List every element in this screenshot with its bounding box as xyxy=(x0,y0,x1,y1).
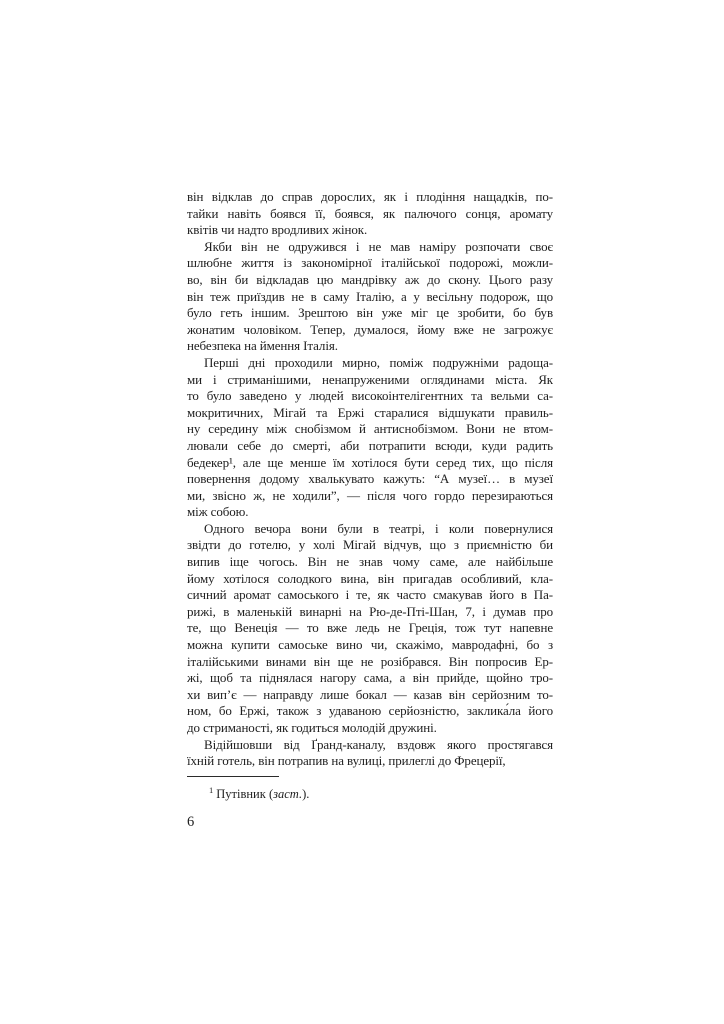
paragraph: Якби він не одружився і не мав наміру ро… xyxy=(187,239,553,355)
text-line: між собою. xyxy=(187,504,553,521)
text-line: мокритичних, Мігай та Ержі старалися від… xyxy=(187,405,553,422)
footnote-term: заст. xyxy=(273,787,302,801)
text-line: во, він би відкладав цю мандрівку аж до … xyxy=(187,272,553,289)
text-line: жі, щоб та піднялася нагору сама, а він … xyxy=(187,670,553,687)
footnote-divider xyxy=(187,776,279,777)
text-line: він відклав до справ дорослих, як і плод… xyxy=(187,189,553,206)
text-line: сичний аромат самоського і те, як часто … xyxy=(187,587,553,604)
text-line: звідти до готелю, у холі Мігай відчув, щ… xyxy=(187,537,553,554)
paragraph: він відклав до справ дорослих, як і плод… xyxy=(187,189,553,239)
text-line: ном, бо Ержі, також з удаваною серйозніс… xyxy=(187,703,553,720)
text-line: шлюбне життя із закономірної італійської… xyxy=(187,255,553,272)
text-line: квітів чи надто вродливих жінок. xyxy=(187,222,553,239)
text-line: те, що Венеція — то вже ледь не Греція, … xyxy=(187,620,553,637)
text-line: жонатим чоловіком. Тепер, думалося, йому… xyxy=(187,322,553,339)
paragraph: Відійшовши від Ґранд-каналу, вздовж яког… xyxy=(187,737,553,770)
text-line: Одного вечора вони були в театрі, і коли… xyxy=(187,521,553,538)
text-line: бедекер¹, але ще менше їм хотілося бути … xyxy=(187,455,553,472)
text-line: лювали себе до смерті, аби потрапити всю… xyxy=(187,438,553,455)
text-line: то було заведено у людей високоінтеліген… xyxy=(187,388,553,405)
text-line: хи вип’є — направду лише бокал — казав в… xyxy=(187,687,553,704)
text-line: італійськими винами він ще не розібрався… xyxy=(187,654,553,671)
text-line: тайки навіть боявся її, боявся, як палюч… xyxy=(187,206,553,223)
paragraph: Перші дні проходили мирно, поміж подружн… xyxy=(187,355,553,521)
text-line: Перші дні проходили мирно, поміж подружн… xyxy=(187,355,553,372)
text-line: ми, звісно ж, не ходили”, — після чого г… xyxy=(187,488,553,505)
footnote-text-end: ). xyxy=(302,787,309,801)
text-line: їхній готель, він потрапив на вулиці, пр… xyxy=(187,753,553,770)
book-page: він відклав до справ дорослих, як і плод… xyxy=(0,0,724,1024)
footnote: 1Путівник (заст.). xyxy=(187,783,553,802)
text-line: він теж приїздив не в саму Італію, а у в… xyxy=(187,289,553,306)
body-text: він відклав до справ дорослих, як і плод… xyxy=(187,189,553,770)
text-line: рижі, в маленькій винарні на Рю-де-Пті-Ш… xyxy=(187,604,553,621)
text-line: повернення додому хвалькувато кажуть: “А… xyxy=(187,471,553,488)
footnote-marker: 1 xyxy=(209,785,213,795)
text-line: небезпека на ймення Італія. xyxy=(187,338,553,355)
text-line: було геть іншим. Зрештою він уже міг це … xyxy=(187,305,553,322)
text-column: він відклав до справ дорослих, як і плод… xyxy=(187,189,553,830)
text-line: Відійшовши від Ґранд-каналу, вздовж яког… xyxy=(187,737,553,754)
text-line: до стриманості, як годиться молодій друж… xyxy=(187,720,553,737)
text-line: можна купити самоське вино чи, скажімо, … xyxy=(187,637,553,654)
paragraph: Одного вечора вони були в театрі, і коли… xyxy=(187,521,553,737)
footnote-text: Путівник ( xyxy=(216,787,273,801)
text-line: ну середину між снобізмом й антиснобізмо… xyxy=(187,421,553,438)
text-line: йому хотілося солодкого вина, він пригад… xyxy=(187,571,553,588)
page-number: 6 xyxy=(187,814,553,830)
text-line: ми і стриманішими, ненапруженими оглядин… xyxy=(187,372,553,389)
text-line: випив іще чогось. Він не знав чому саме,… xyxy=(187,554,553,571)
text-line: Якби він не одружився і не мав наміру ро… xyxy=(187,239,553,256)
